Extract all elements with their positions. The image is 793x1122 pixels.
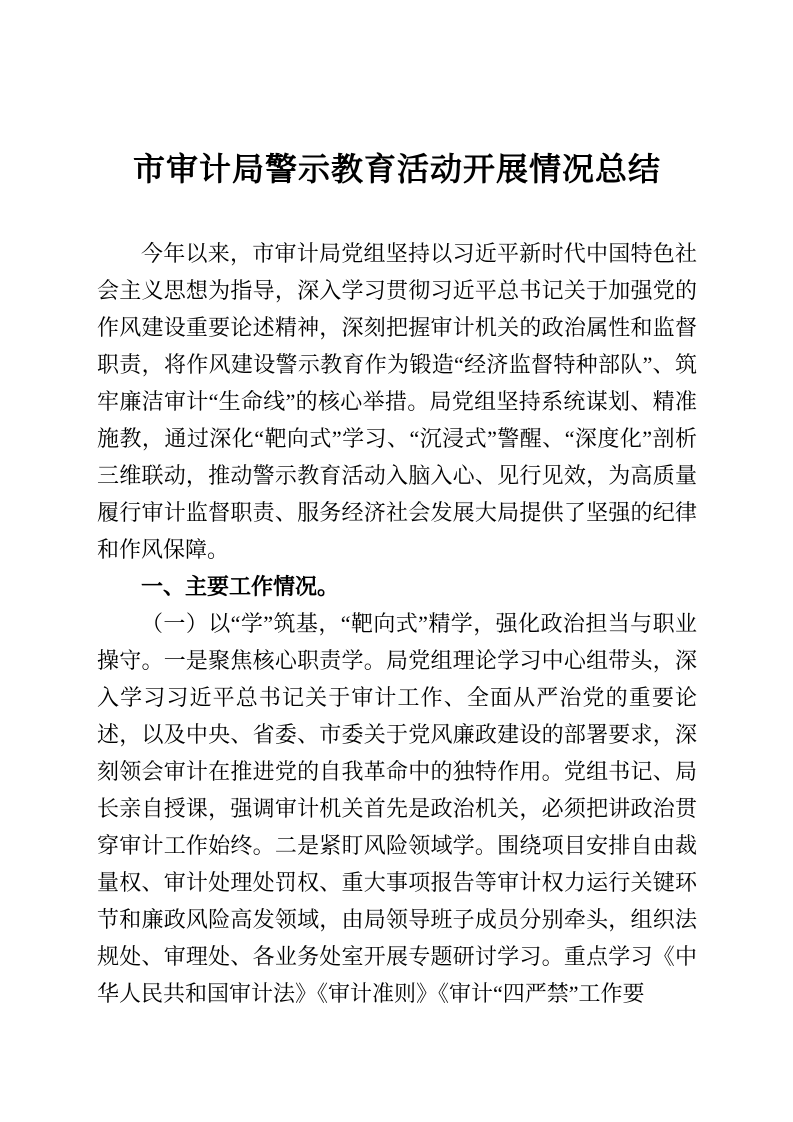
section-heading: 一、主要工作情况。 bbox=[97, 568, 697, 605]
intro-paragraph: 今年以来，市审计局党组坚持以习近平新时代中国特色社会主义思想为指导，深入学习贯彻… bbox=[97, 235, 697, 568]
section-one-paragraph: （一）以“学”筑基，“靶向式”精学，强化政治担当与职业操守。一是聚焦核心职责学。… bbox=[97, 605, 697, 1012]
document-title: 市审计局警示教育活动开展情况总结 bbox=[97, 147, 697, 191]
document-page: 市审计局警示教育活动开展情况总结 今年以来，市审计局党组坚持以习近平新时代中国特… bbox=[0, 0, 793, 1122]
